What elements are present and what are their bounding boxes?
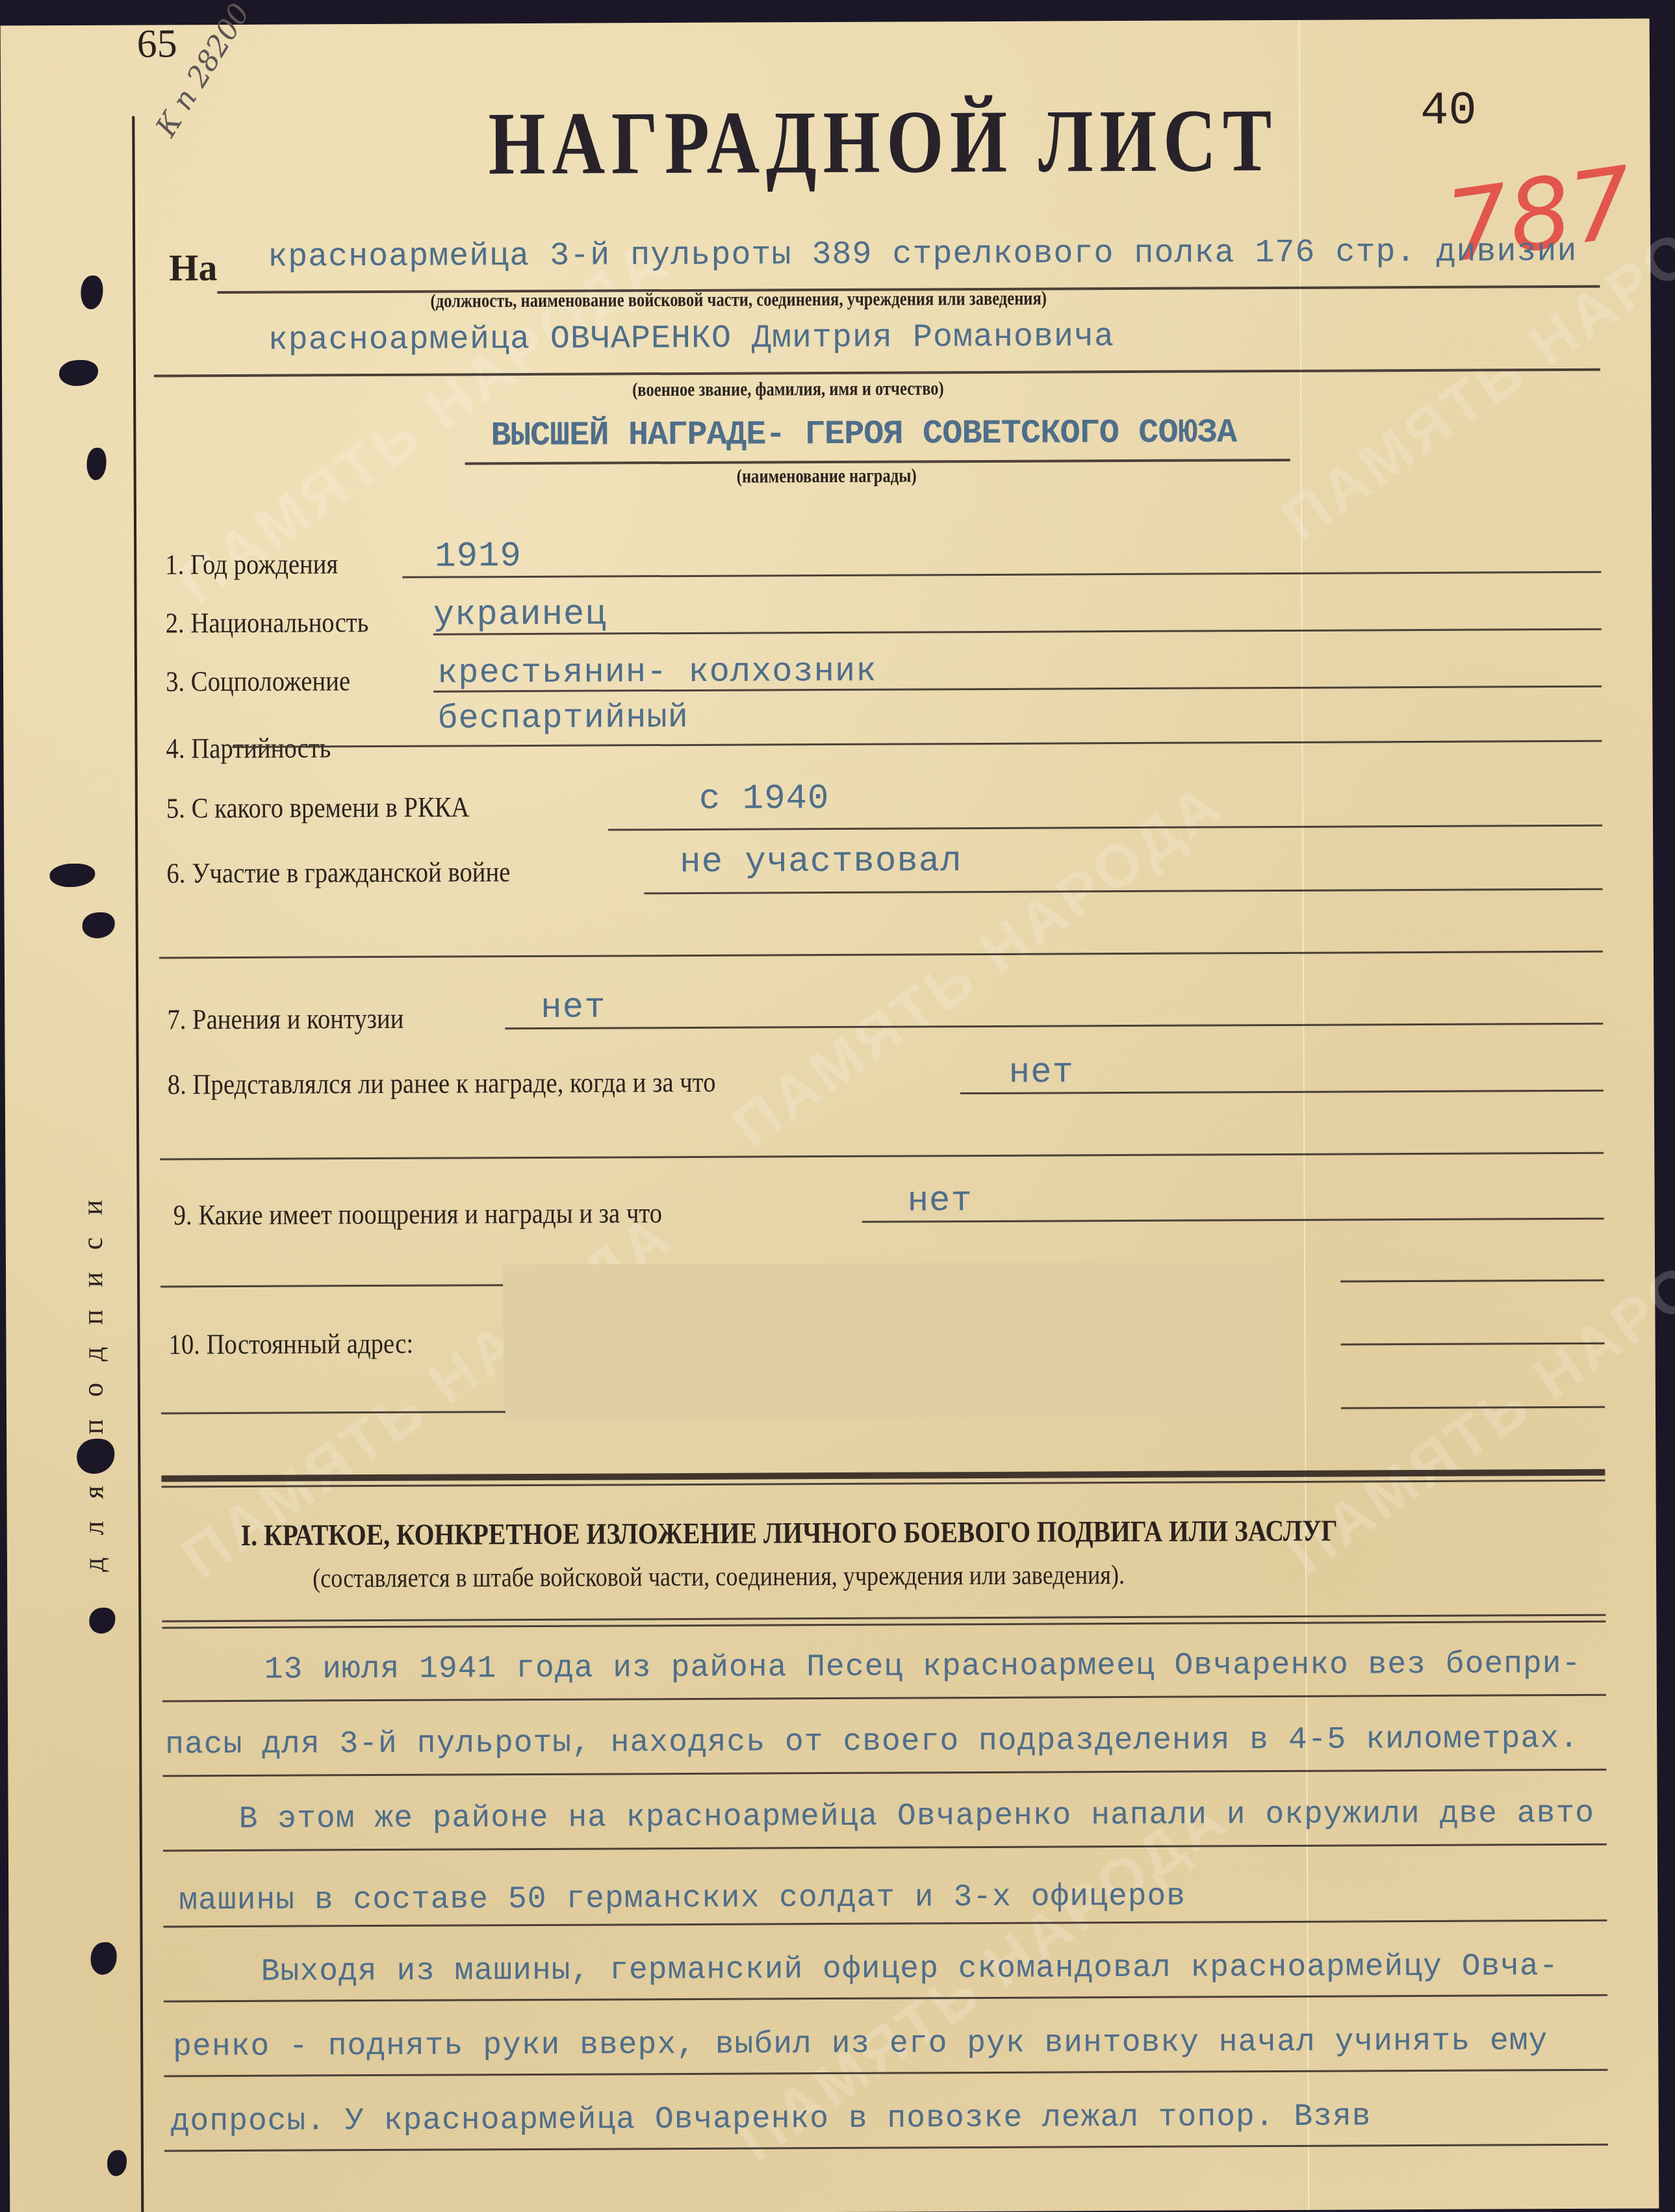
position-caption: (должность, наименование войсковой части…: [430, 288, 1047, 313]
punch-hole: [59, 360, 98, 386]
field-rule: [159, 951, 1603, 959]
award-caption: (наименование награды): [737, 465, 917, 487]
narrative-rule: [163, 1920, 1607, 1928]
punch-hole: [91, 1942, 117, 1975]
narrative-rule: [162, 1694, 1606, 1703]
field-value-wounds: нет: [541, 988, 606, 1028]
recipient-name: красноармейца ОВЧАРЕНКО Дмитрия Романови…: [268, 318, 1114, 359]
field-label-wounds: 7. Ранения и контузии: [167, 1002, 403, 1036]
margin-signature-label: для подписи: [75, 1177, 110, 1572]
field-value-social-status: крестьянин- колхозник: [437, 652, 877, 693]
narrative-rule: [164, 2144, 1608, 2152]
field-rule: [1340, 1280, 1604, 1283]
field-label-civil-war: 6. Участие в гражданской войне: [166, 855, 510, 890]
narrative-line: В этом же районе на красноармейца Овчаре…: [239, 1796, 1595, 1837]
punch-hole: [49, 864, 95, 887]
field-label-decorations: 9. Какие имеет поощрения и награды и за …: [173, 1196, 663, 1231]
field-label-birth-year: 1. Год рождения: [165, 547, 338, 581]
field-rule: [505, 1023, 1603, 1029]
narrative-line: пасы для 3-й пульроты, находясь от своег…: [165, 1721, 1579, 1762]
field-value-party: беспартийный: [437, 699, 689, 738]
narrative-rule: [163, 1844, 1607, 1852]
narrative-rule: [164, 1994, 1607, 2003]
field-rule: [608, 825, 1602, 831]
punch-hole: [89, 1608, 115, 1634]
award-sheet-paper: ПАМЯТЬ НАРОДА ПАМЯТЬ НАРОДА ПАМЯТЬ НАРОД…: [1, 18, 1659, 2212]
to-prefix: На: [169, 246, 217, 289]
sheet-number: 40: [1420, 84, 1477, 138]
narrative-line: допросы. У красноармейца Овчаренко в пов…: [171, 2099, 1372, 2139]
field-rule: [402, 571, 1601, 578]
section-subheading: (составляется в штабе войсковой части, с…: [313, 1560, 1125, 1594]
field-rule: [232, 740, 1602, 748]
field-rule: [154, 368, 1600, 378]
page-title: НАГРАДНОЙ ЛИСТ: [488, 88, 1278, 195]
field-rule: [433, 628, 1602, 636]
redacted-address: [503, 1261, 1283, 1421]
field-value-civil-war: не участвовал: [680, 842, 962, 882]
punch-hole: [81, 276, 103, 309]
field-label-nationality: 2. Национальность: [166, 606, 369, 639]
punch-hole: [107, 2150, 127, 2176]
margin-rule: [132, 116, 144, 2212]
field-value-birth-year: 1919: [435, 537, 522, 577]
field-rule: [862, 1218, 1604, 1223]
section-heading: I. КРАТКОЕ, КОНКРЕТНОЕ ИЗЛОЖЕНИЕ ЛИЧНОГО…: [241, 1513, 1338, 1552]
narrative-line: Выходя из машины, германский офицер ском…: [261, 1949, 1559, 1990]
field-value-prior-awards: нет: [1009, 1053, 1074, 1092]
field-label-social-status: 3. Соцположение: [166, 664, 350, 698]
field-rule: [160, 1152, 1604, 1161]
narrative-line: машины в составе 50 германских солдат и …: [179, 1879, 1186, 1919]
field-value-decorations: нет: [907, 1181, 972, 1221]
field-rule: [465, 459, 1290, 465]
position-value: красноармейца 3-й пульроты 389 стрелково…: [268, 233, 1578, 276]
field-label-prior-awards: 8. Представлялся ли ранее к награде, ког…: [168, 1066, 716, 1101]
section-divider: [162, 1621, 1605, 1629]
punch-hole: [86, 448, 106, 480]
field-label-party: 4. Партийность: [166, 731, 331, 765]
field-value-rkka-since: с 1940: [699, 779, 830, 819]
name-caption: (военное звание, фамилия, имя и отчество…: [632, 378, 944, 401]
field-rule: [160, 1284, 505, 1287]
narrative-rule: [162, 1769, 1606, 1777]
paper-fold: [1299, 20, 1310, 2210]
award-value: ВЫСШЕЙ НАГРАДЕ- ГЕРОЯ СОВЕТСКОГО СОЮЗА: [491, 413, 1236, 455]
narrative-line: ренко - поднять руки вверх, выбил из его…: [173, 2024, 1548, 2064]
narrative-line: 13 июля 1941 года из района Песец красно…: [264, 1647, 1581, 1688]
punch-hole: [83, 912, 115, 938]
field-label-rkka-since: 5. С какого времени в РККА: [166, 790, 470, 825]
field-value-nationality: украинец: [433, 595, 607, 635]
page-number: 65: [137, 21, 177, 67]
field-label-address: 10. Постоянный адрес:: [168, 1327, 413, 1361]
